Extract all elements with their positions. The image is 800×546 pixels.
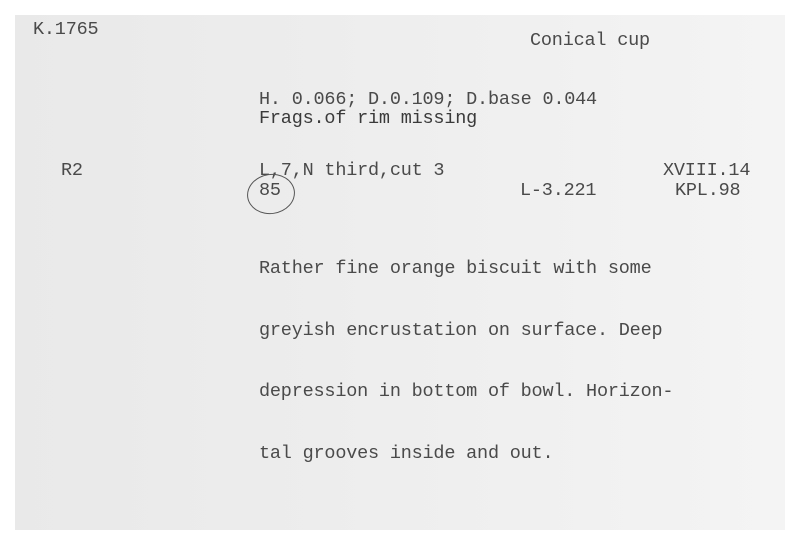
plate-reference: XVIII.14 [663, 161, 750, 181]
dimensions: H. 0.066; D.0.109; D.base 0.044 [259, 90, 597, 110]
catalog-number: K.1765 [33, 20, 98, 40]
description: Rather fine orange biscuit with some gre… [259, 218, 673, 505]
circled-number: 85 [259, 181, 281, 201]
description-line: tal grooves inside and out. [259, 444, 673, 465]
publication-reference: KPL.98 [675, 181, 740, 201]
object-title: Conical cup [530, 31, 650, 51]
description-line: Rather fine orange biscuit with some [259, 259, 673, 280]
catalog-card: K.1765 Conical cup H. 0.066; D.0.109; D.… [15, 15, 785, 530]
description-line: depression in bottom of bowl. Horizon- [259, 382, 673, 403]
inventory-reference: L-3.221 [520, 181, 596, 201]
grid-reference: R2 [61, 161, 83, 181]
description-line: greyish encrustation on surface. Deep [259, 321, 673, 342]
findspot: L,7,N third,cut 3 [259, 161, 444, 181]
condition-note: Frags.of rim missing [259, 109, 477, 129]
